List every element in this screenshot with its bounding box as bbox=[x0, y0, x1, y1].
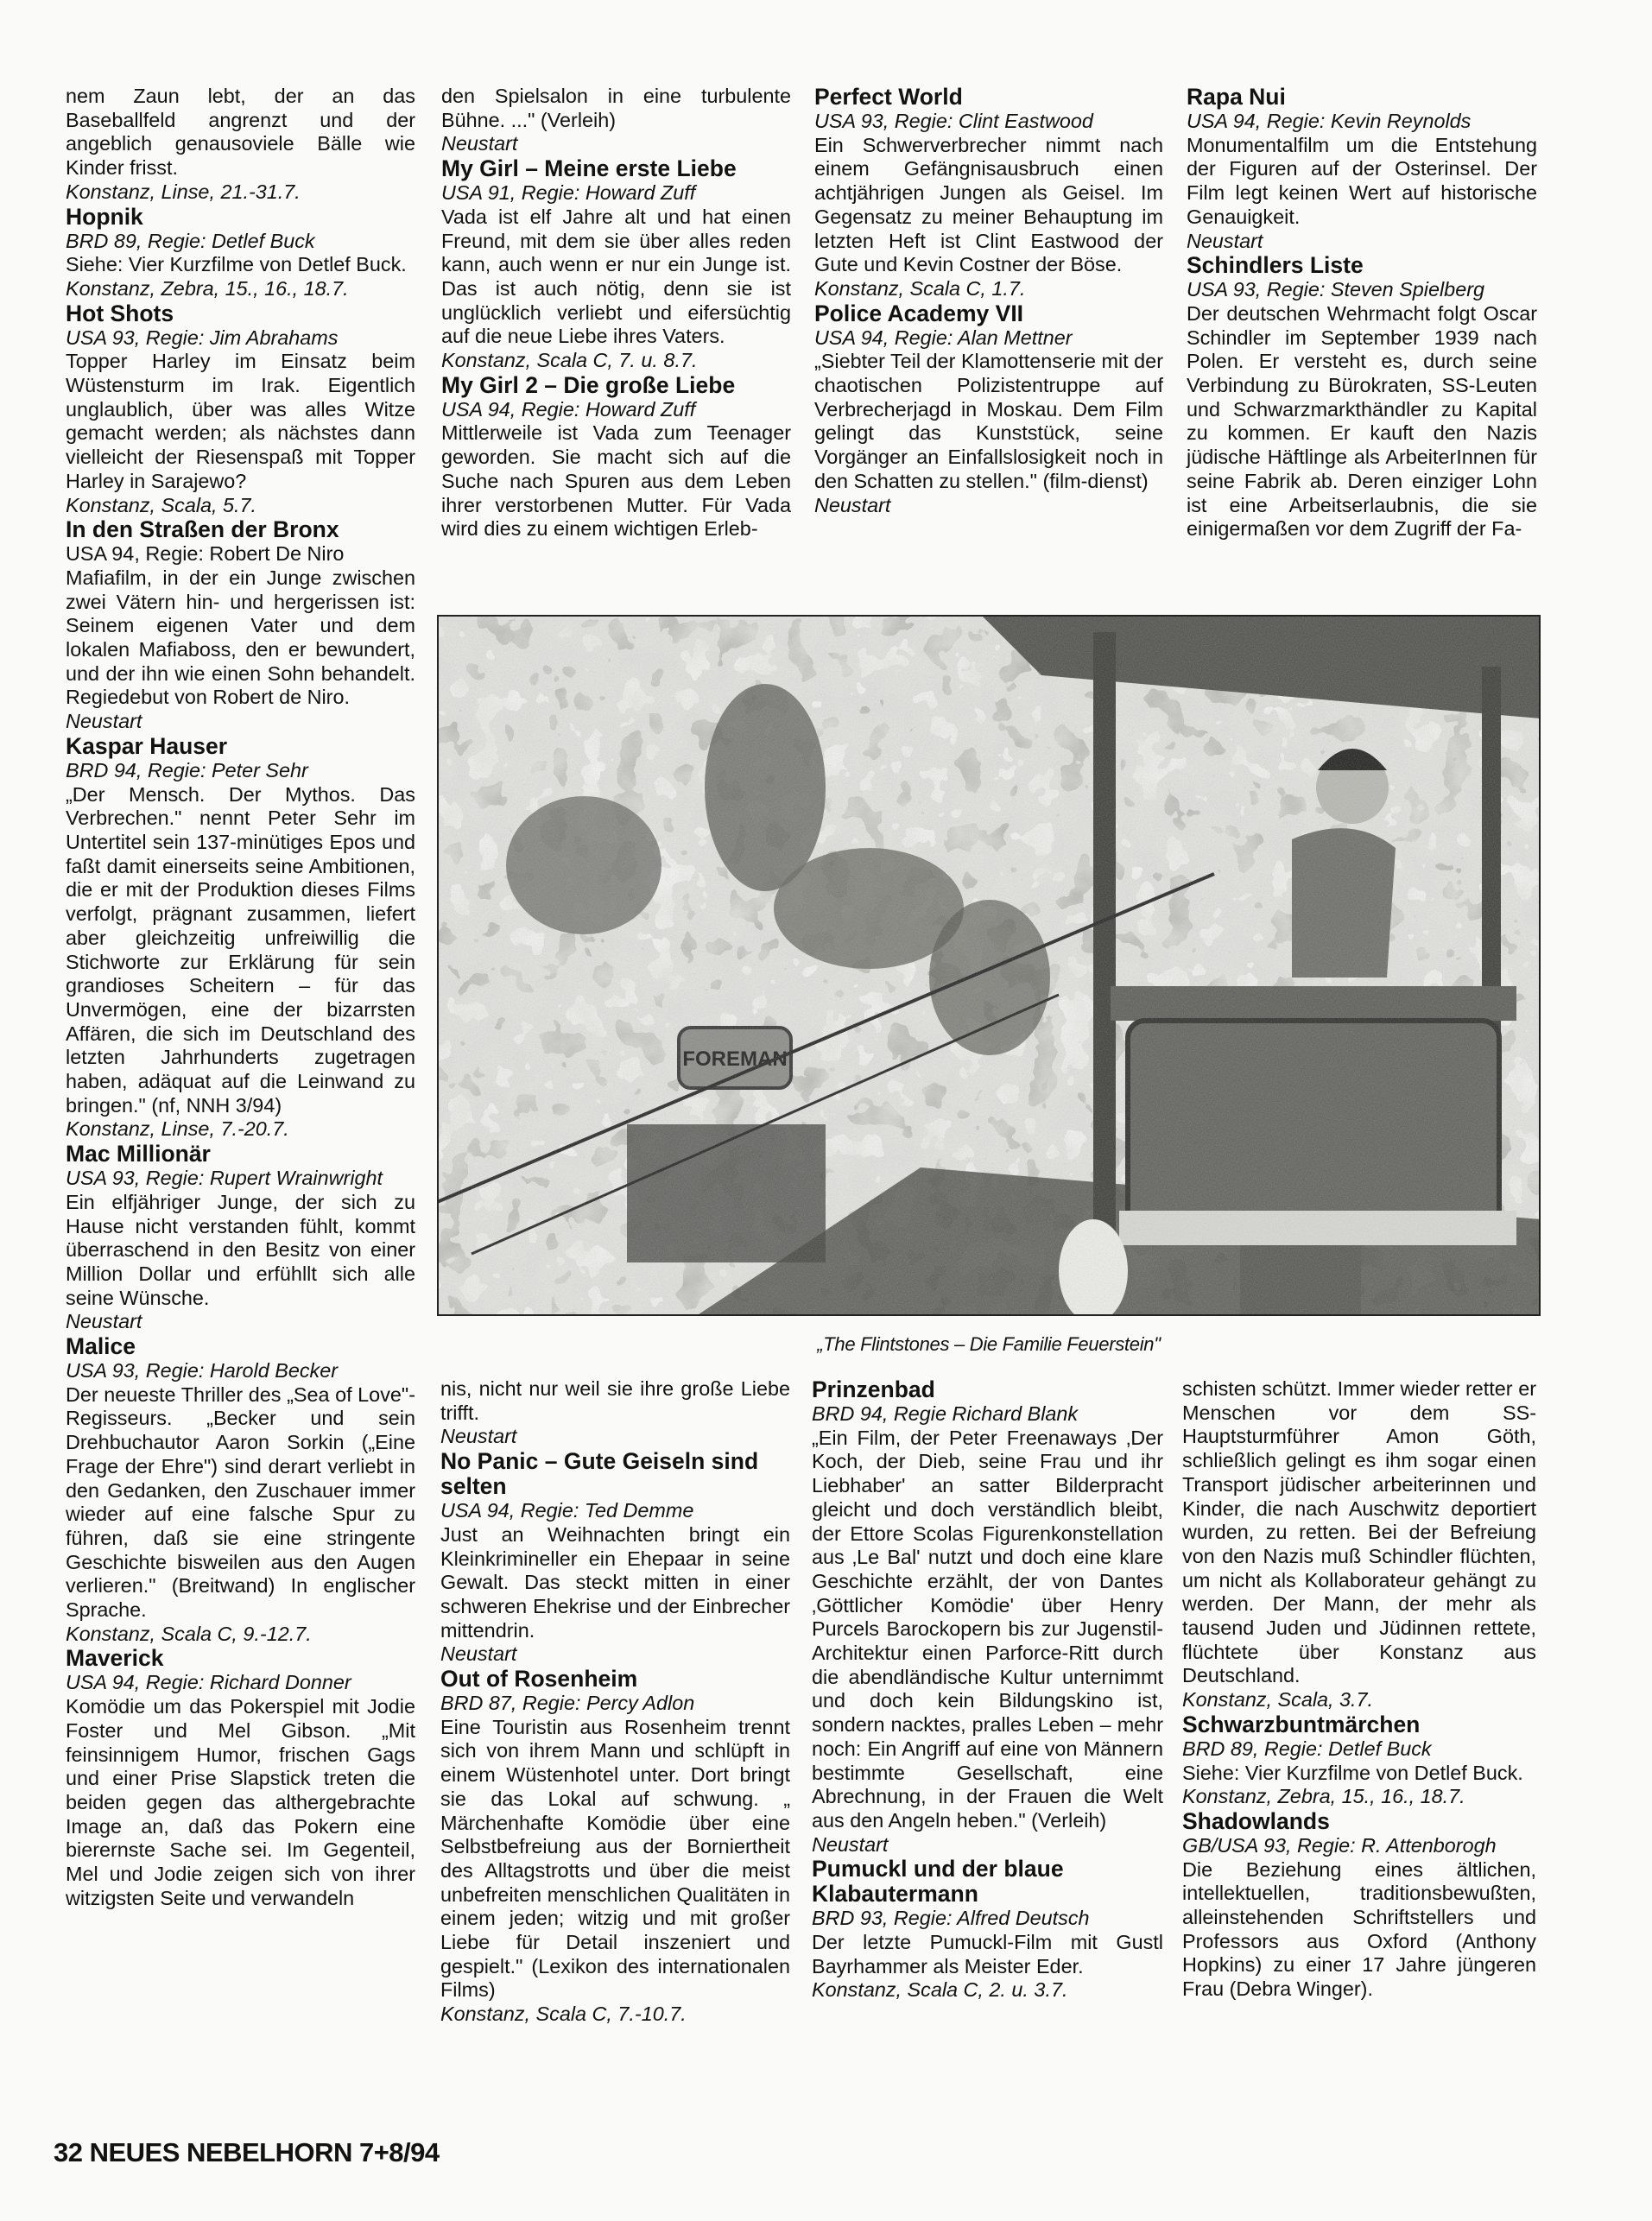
film-title: My Girl – Meine erste Liebe bbox=[441, 156, 791, 181]
screening-info: Konstanz, Scala C, 9.-12.7. bbox=[66, 1623, 415, 1647]
film-description: Der deutschen Wehrmacht folgt Oscar Schi… bbox=[1187, 302, 1537, 541]
film-title: Mac Millionär bbox=[66, 1142, 415, 1167]
film-entry: Pumuckl und der blaue Klabautermann BRD … bbox=[812, 1857, 1163, 2003]
film-credits: USA 93, Regie: Steven Spielberg bbox=[1187, 278, 1537, 302]
film-description: Eine Touristin aus Rosenheim trennt sich… bbox=[440, 1716, 790, 2003]
film-description: Just an Weihnachten bringt ein Kleinkrim… bbox=[440, 1523, 790, 1643]
film-still-photo: FOREMAN bbox=[437, 615, 1541, 1316]
film-entry: Rapa Nui USA 94, Regie: Kevin Reynolds M… bbox=[1187, 85, 1537, 253]
film-title: Schwarzbuntmärchen bbox=[1182, 1712, 1536, 1737]
film-credits: BRD 93, Regie: Alfred Deutsch bbox=[812, 1907, 1163, 1931]
continued-text: schisten schützt. Immer wieder retter er… bbox=[1182, 1377, 1536, 1688]
film-title: Rapa Nui bbox=[1187, 85, 1537, 110]
film-description: Ein Schwerverbrecher nimmt nach einem Ge… bbox=[814, 134, 1163, 277]
film-description: Mafiafilm, in der ein Junge zwischen zwe… bbox=[66, 566, 415, 710]
page-footer: 32 NEUES NEBELHORN 7+8/94 bbox=[54, 2137, 440, 2168]
film-title: Hopnik bbox=[66, 205, 415, 230]
film-credits: BRD 87, Regie: Percy Adlon bbox=[440, 1692, 790, 1716]
film-description: Ein elfjähriger Junge, der sich zu Hause… bbox=[66, 1191, 415, 1311]
continued-text: den Spielsalon in eine turbulente Bühne.… bbox=[441, 85, 791, 132]
screening-info: Konstanz, Scala C, 1.7. bbox=[814, 277, 1163, 301]
column-1: nem Zaun lebt, der an das Baseballfeld a… bbox=[66, 85, 415, 1911]
film-description: Mittlerweile ist Vada zum Teenager gewor… bbox=[441, 421, 791, 541]
screening-info: Konstanz, Linse, 21.-31.7. bbox=[66, 180, 415, 205]
film-entry: Malice USA 93, Regie: Harold Becker Der … bbox=[66, 1334, 415, 1646]
film-credits: GB/USA 93, Regie: R. Attenborogh bbox=[1182, 1834, 1536, 1858]
film-description: „Ein Film, der Peter Freenaways ‚Der Koc… bbox=[812, 1427, 1163, 1833]
film-credits: BRD 94, Regie: Peter Sehr bbox=[66, 759, 415, 783]
film-credits: USA 93, Regie: Clint Eastwood bbox=[814, 110, 1163, 134]
film-credits: USA 94, Regie: Robert De Niro bbox=[66, 542, 415, 566]
continued-text: nem Zaun lebt, der an das Baseballfeld a… bbox=[66, 85, 415, 180]
screening-info: Konstanz, Scala, 5.7. bbox=[66, 494, 415, 518]
film-entry: No Panic – Gute Geiseln sind selten USA … bbox=[440, 1449, 790, 1667]
film-credits: BRD 89, Regie: Detlef Buck bbox=[1182, 1737, 1536, 1762]
film-description: Die Beziehung eines ältlichen, intellekt… bbox=[1182, 1858, 1536, 2002]
film-description: Der neueste Thriller des „Sea of Love"-R… bbox=[66, 1383, 415, 1623]
screening-info: Konstanz, Scala C, 2. u. 3.7. bbox=[812, 1978, 1163, 2003]
film-entry: Maverick USA 94, Regie: Richard Donner K… bbox=[66, 1646, 415, 1910]
film-credits: USA 94, Regie: Alan Mettner bbox=[814, 326, 1163, 351]
film-entry: Out of Rosenheim BRD 87, Regie: Percy Ad… bbox=[440, 1667, 790, 2027]
screening-info: Konstanz, Linse, 7.-20.7. bbox=[66, 1117, 415, 1142]
screening-info: Neustart bbox=[440, 1425, 790, 1449]
film-title: Maverick bbox=[66, 1646, 415, 1671]
screening-info: Neustart bbox=[440, 1642, 790, 1667]
film-entry: Schwarzbuntmärchen BRD 89, Regie: Detlef… bbox=[1182, 1712, 1536, 1809]
film-title: Malice bbox=[66, 1334, 415, 1359]
film-entry: Mac Millionär USA 93, Regie: Rupert Wrai… bbox=[66, 1142, 415, 1334]
column-4-top: Rapa Nui USA 94, Regie: Kevin Reynolds M… bbox=[1187, 85, 1537, 541]
column-4-bottom: schisten schützt. Immer wieder retter er… bbox=[1182, 1377, 1536, 2002]
film-credits: USA 94, Regie: Howard Zuff bbox=[441, 398, 791, 422]
film-credits: USA 93, Regie: Harold Becker bbox=[66, 1359, 415, 1383]
film-credits: USA 94, Regie: Kevin Reynolds bbox=[1187, 110, 1537, 134]
film-description: Topper Harley im Einsatz beim Wüstenstur… bbox=[66, 350, 415, 493]
film-description: Monumentalfilm um die Entstehung der Fig… bbox=[1187, 134, 1537, 230]
column-3-top: Perfect World USA 93, Regie: Clint Eastw… bbox=[814, 85, 1163, 517]
film-title: Perfect World bbox=[814, 85, 1163, 110]
film-description: Siehe: Vier Kurzfilme von Detlef Buck. bbox=[66, 253, 415, 277]
film-title: Hot Shots bbox=[66, 301, 415, 326]
screening-info: Konstanz, Zebra, 15., 16., 18.7. bbox=[1182, 1785, 1536, 1809]
screening-info: Neustart bbox=[66, 1310, 415, 1334]
film-title: No Panic – Gute Geiseln sind selten bbox=[440, 1449, 790, 1499]
film-entry: Schindlers Liste USA 93, Regie: Steven S… bbox=[1187, 253, 1537, 541]
film-description: Komödie um das Pokerspiel mit Jodie Fost… bbox=[66, 1695, 415, 1910]
film-entry: In den Straßen der Bronx USA 94, Regie: … bbox=[66, 517, 415, 734]
screening-info: Konstanz, Zebra, 15., 16., 18.7. bbox=[66, 277, 415, 301]
film-description: Vada ist elf Jahre alt und hat einen Fre… bbox=[441, 206, 791, 349]
film-title: Police Academy VII bbox=[814, 301, 1163, 326]
film-title: In den Straßen der Bronx bbox=[66, 517, 415, 542]
film-description: „Siebter Teil der Klamottenserie mit der… bbox=[814, 350, 1163, 493]
film-entry: Hopnik BRD 89, Regie: Detlef Buck Siehe:… bbox=[66, 205, 415, 301]
film-entry: My Girl – Meine erste Liebe USA 91, Regi… bbox=[441, 156, 791, 373]
film-entry: Shadowlands GB/USA 93, Regie: R. Attenbo… bbox=[1182, 1809, 1536, 2002]
film-credits: BRD 94, Regie Richard Blank bbox=[812, 1402, 1163, 1427]
column-2-bottom: nis, nicht nur weil sie ihre große Liebe… bbox=[440, 1377, 790, 2027]
film-title: Pumuckl und der blaue Klabautermann bbox=[812, 1857, 1163, 1907]
film-title: Kaspar Hauser bbox=[66, 734, 415, 759]
film-title: Schindlers Liste bbox=[1187, 253, 1537, 278]
screening-info: Konstanz, Scala, 3.7. bbox=[1182, 1688, 1536, 1712]
film-entry: Prinzenbad BRD 94, Regie Richard Blank „… bbox=[812, 1377, 1163, 1857]
film-credits: USA 93, Regie: Rupert Wrainwright bbox=[66, 1167, 415, 1191]
film-credits: USA 94, Regie: Richard Donner bbox=[66, 1671, 415, 1695]
film-title: Out of Rosenheim bbox=[440, 1667, 790, 1692]
film-credits: USA 94, Regie: Ted Demme bbox=[440, 1499, 790, 1523]
screening-info: Neustart bbox=[441, 132, 791, 156]
photo-caption: „The Flintstones – Die Familie Feuerstei… bbox=[437, 1332, 1541, 1357]
film-entry: Police Academy VII USA 94, Regie: Alan M… bbox=[814, 301, 1163, 518]
film-credits: USA 91, Regie: Howard Zuff bbox=[441, 181, 791, 206]
flintstones-car-image: FOREMAN bbox=[437, 615, 1541, 1316]
film-credits: USA 93, Regie: Jim Abrahams bbox=[66, 326, 415, 351]
continued-text: nis, nicht nur weil sie ihre große Liebe… bbox=[440, 1377, 790, 1425]
film-credits: BRD 89, Regie: Detlef Buck bbox=[66, 230, 415, 254]
screening-info: Neustart bbox=[66, 710, 415, 734]
film-description: „Der Mensch. Der Mythos. Das Verbrechen.… bbox=[66, 783, 415, 1118]
film-entry: Hot Shots USA 93, Regie: Jim Abrahams To… bbox=[66, 301, 415, 518]
screening-info: Konstanz, Scala C, 7.-10.7. bbox=[440, 2003, 790, 2027]
film-description: Siehe: Vier Kurzfilme von Detlef Buck. bbox=[1182, 1762, 1536, 1786]
column-2-top: den Spielsalon in eine turbulente Bühne.… bbox=[441, 85, 791, 541]
screening-info: Neustart bbox=[1187, 230, 1537, 254]
film-entry: My Girl 2 – Die große Liebe USA 94, Regi… bbox=[441, 373, 791, 541]
film-entry: Kaspar Hauser BRD 94, Regie: Peter Sehr … bbox=[66, 734, 415, 1142]
film-title: My Girl 2 – Die große Liebe bbox=[441, 373, 791, 398]
film-title: Prinzenbad bbox=[812, 1377, 1163, 1402]
film-entry: Perfect World USA 93, Regie: Clint Eastw… bbox=[814, 85, 1163, 301]
film-title: Shadowlands bbox=[1182, 1809, 1536, 1834]
column-3-bottom: Prinzenbad BRD 94, Regie Richard Blank „… bbox=[812, 1377, 1163, 2003]
screening-info: Neustart bbox=[814, 494, 1163, 518]
film-description: Der letzte Pumuckl-Film mit Gustl Bayrha… bbox=[812, 1931, 1163, 1978]
screening-info: Konstanz, Scala C, 7. u. 8.7. bbox=[441, 349, 791, 373]
screening-info: Neustart bbox=[812, 1833, 1163, 1857]
